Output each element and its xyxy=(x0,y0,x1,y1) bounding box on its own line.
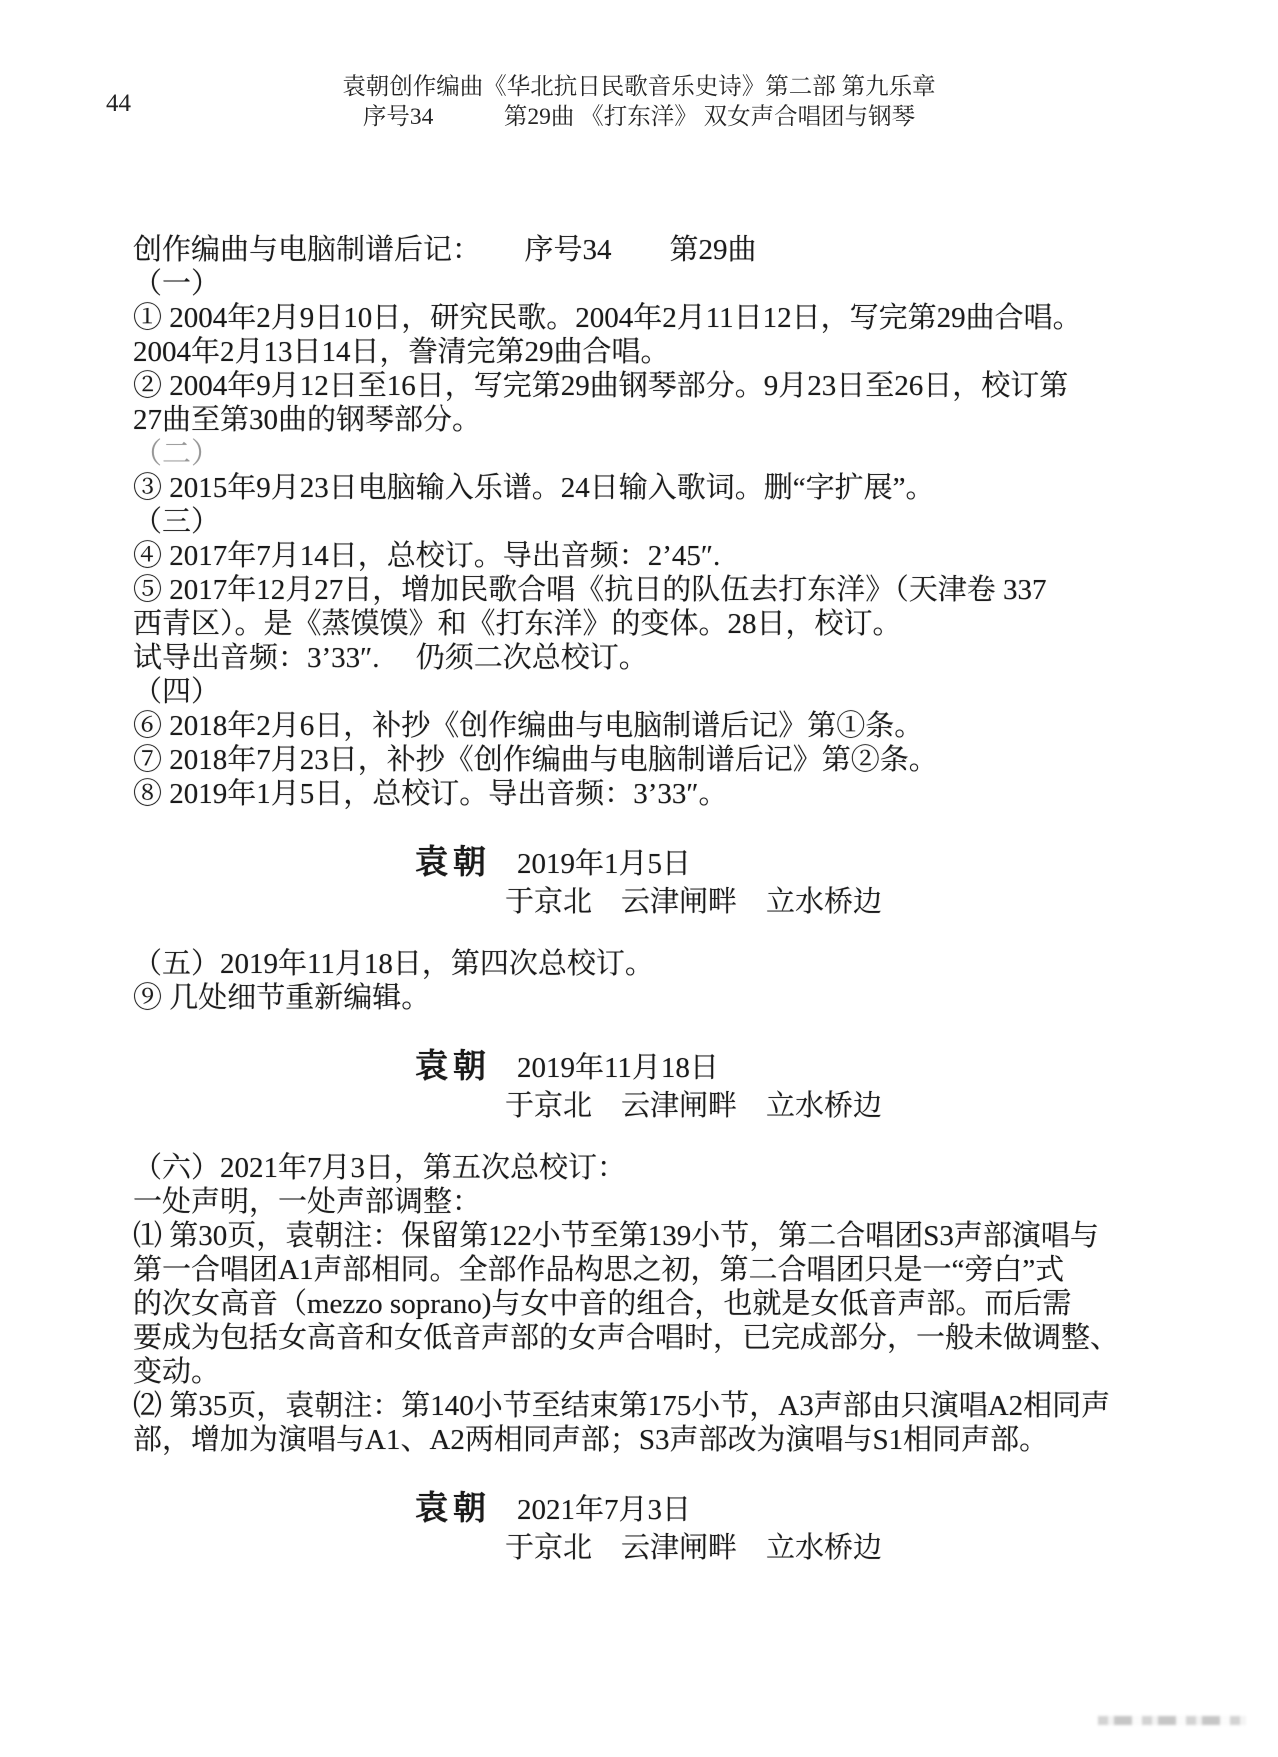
signature-name: 袁朝 xyxy=(415,1047,491,1084)
body-line: ⑧ 2019年1月5日，总校订。导出音频：3’33″。 xyxy=(133,777,1188,811)
body-line: 西青区）。是《蒸馍馍》和《打东洋》的变体。28日，校订。 xyxy=(133,607,1188,641)
header-title-line: 袁朝创作编曲《华北抗日民歌音乐史诗》第二部 第九乐章 xyxy=(0,72,1278,102)
body-line: ⑨ 几处细节重新编辑。 xyxy=(133,981,1188,1015)
section-label-1: （一） xyxy=(133,267,1188,301)
body-line: ④ 2017年7月14日，总校订。导出音频：2’45″. xyxy=(133,539,1188,573)
header-subtitle-line: 序号34 第29曲 《打东洋》 双女声合唱团与钢琴 xyxy=(0,102,1278,132)
body-line: ⑥ 2018年2月6日，补抄《创作编曲与电脑制谱后记》第①条。 xyxy=(133,709,1188,743)
section-label-2: （二） xyxy=(133,437,1188,471)
signature-block-1: 袁朝2019年1月5日 于京北 云津闸畔 立水桥边 xyxy=(133,843,1188,921)
document-body: 创作编曲与电脑制谱后记： 序号34 第29曲 （一） ① 2004年2月9日10… xyxy=(133,233,1188,1567)
body-line: ③ 2015年9月23日电脑输入乐谱。24日输入歌词。删“字扩展”。 xyxy=(133,471,1188,505)
document-header: 袁朝创作编曲《华北抗日民歌音乐史诗》第二部 第九乐章 序号34 第29曲 《打东… xyxy=(0,72,1278,132)
section-label-6: （六）2021年7月3日，第五次总校订： xyxy=(133,1151,1188,1185)
section-label-5: （五）2019年11月18日，第四次总校订。 xyxy=(133,947,1188,981)
signature-block-2: 袁朝2019年11月18日 于京北 云津闸畔 立水桥边 xyxy=(133,1047,1188,1125)
signature-line: 袁朝2019年1月5日 xyxy=(133,843,1188,883)
body-line: 第一合唱团A1声部相同。全部作品构思之初，第二合唱团只是一“旁白”式 xyxy=(133,1253,1188,1287)
body-line: ⑦ 2018年7月23日，补抄《创作编曲与电脑制谱后记》第②条。 xyxy=(133,743,1188,777)
section-label-3: （三） xyxy=(133,505,1188,539)
signature-date: 2019年11月18日 xyxy=(517,1052,719,1084)
page-number: 44 xyxy=(106,90,131,118)
body-line: ⑤ 2017年12月27日，增加民歌合唱《抗日的队伍去打东洋》（天津卷 337 xyxy=(133,573,1188,607)
body-line: 要成为包括女高音和女低音声部的女声合唱时，已完成部分，一般未做调整、 xyxy=(133,1321,1188,1355)
body-line: 一处声明，一处声部调整： xyxy=(133,1185,1188,1219)
body-line: 部，增加为演唱与A1、A2两相同声部；S3声部改为演唱与S1相同声部。 xyxy=(133,1423,1188,1457)
postscript-title: 创作编曲与电脑制谱后记： 序号34 第29曲 xyxy=(133,233,1188,267)
signature-date: 2019年1月5日 xyxy=(517,848,691,880)
section-label-4: （四） xyxy=(133,675,1188,709)
signature-name: 袁朝 xyxy=(415,843,491,880)
body-line: 变动。 xyxy=(133,1355,1188,1389)
signature-date: 2021年7月3日 xyxy=(517,1494,691,1526)
signature-line: 袁朝2019年11月18日 xyxy=(133,1047,1188,1087)
body-line: 的次女高音（mezzo soprano)与女中音的组合，也就是女低音声部。而后需 xyxy=(133,1287,1188,1321)
signature-line: 袁朝2021年7月3日 xyxy=(133,1489,1188,1529)
body-line: ② 2004年9月12日至16日，写完第29曲钢琴部分。9月23日至26日，校订… xyxy=(133,369,1188,403)
body-line: ⑵ 第35页，袁朝注：第140小节至结束第175小节，A3声部由只演唱A2相同声 xyxy=(133,1389,1188,1423)
body-line: 27曲至第30曲的钢琴部分。 xyxy=(133,403,1188,437)
signature-block-3: 袁朝2021年7月3日 于京北 云津闸畔 立水桥边 xyxy=(133,1489,1188,1567)
signature-location: 于京北 云津闸畔 立水桥边 xyxy=(133,883,1188,921)
signature-location: 于京北 云津闸畔 立水桥边 xyxy=(133,1529,1188,1567)
scan-smudge-artifact xyxy=(1098,1716,1246,1725)
body-line: ⑴ 第30页，袁朝注：保留第122小节至第139小节，第二合唱团S3声部演唱与 xyxy=(133,1219,1188,1253)
signature-name: 袁朝 xyxy=(415,1489,491,1526)
signature-location: 于京北 云津闸畔 立水桥边 xyxy=(133,1087,1188,1125)
body-line: 试导出音频：3’33″. 仍须二次总校订。 xyxy=(133,641,1188,675)
body-line: 2004年2月13日14日，誊清完第29曲合唱。 xyxy=(133,335,1188,369)
body-line: ① 2004年2月9日10日，研究民歌。2004年2月11日12日，写完第29曲… xyxy=(133,301,1188,335)
